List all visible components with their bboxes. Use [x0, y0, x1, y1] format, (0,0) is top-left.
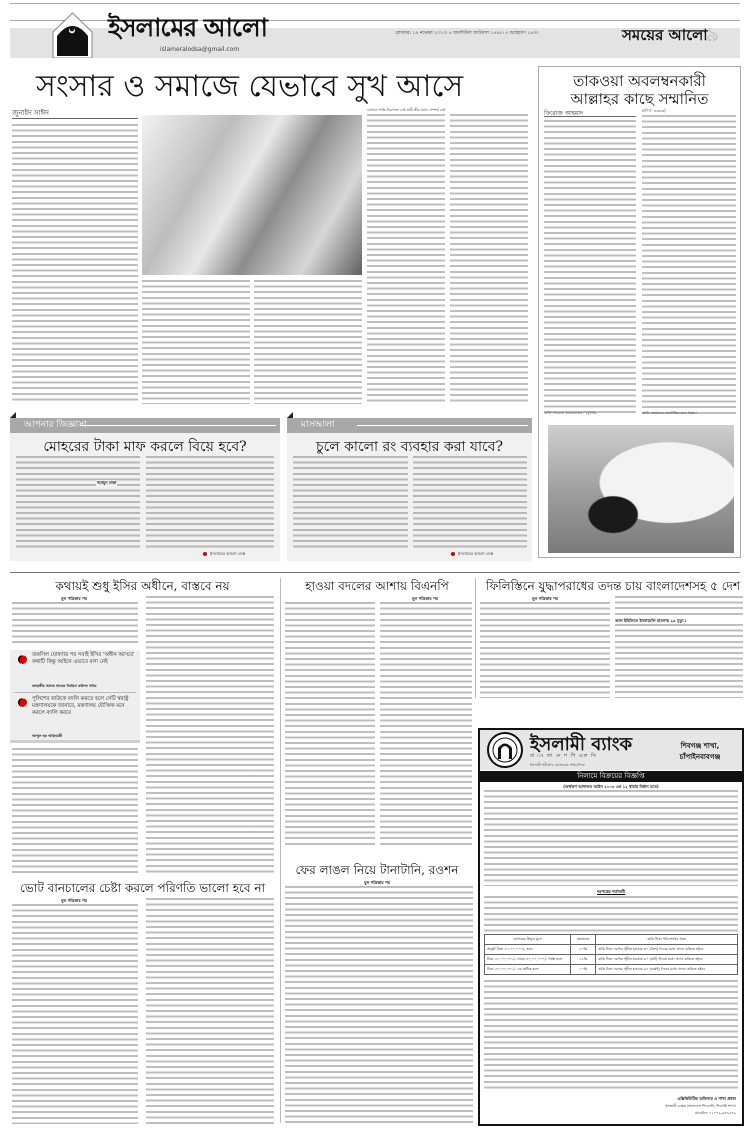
qa-body-col2	[146, 456, 274, 548]
table-header: দরপত্রের উদ্ধৃত মূল্য	[485, 935, 571, 945]
branch-line2: চাঁপাইনবাবগঞ্জ	[660, 751, 740, 763]
callout2-quote: পুলিশের কাউকে বদলি করতে হলে সেটি স্বরাষ্…	[32, 696, 136, 718]
side-quote-tail2: আমি তোমাদের অন্তর্নিহিত করে থাকব।	[642, 410, 697, 417]
article5-body	[285, 886, 473, 1124]
dateline: রোববার। ১৯ নভেম্বর ২০২৩। ৪ জমাদিউল আউয়া…	[395, 30, 539, 37]
lead-body-col1	[12, 124, 138, 404]
article3-headline: ফিলিস্তিনে যুদ্ধাপরাধের তদন্ত চায় বাংলা…	[478, 578, 748, 598]
ad-signatory-title: এক্সিকিউটিভ অফিসার ও শাখা প্রধান	[600, 1096, 736, 1103]
ad-phone: মোবাইল: ০১৭০৯-৬৪৭৫৭৯	[600, 1110, 736, 1117]
article5-headline: ফের লাঙল নিয়ে টানাটানি, রওশন	[282, 862, 472, 882]
ad-body-text	[484, 790, 738, 886]
mosque-dome-icon	[50, 10, 95, 58]
qa-section-label: আপনার জিজ্ঞাসা	[10, 418, 280, 433]
masala-section-label: মাসআলা	[287, 418, 532, 433]
bank-logo-icon	[486, 731, 524, 769]
article1-headline: কথায়ই শুধু ইসির অধীনে, বাস্তবে নয়	[10, 578, 275, 598]
column-rule	[475, 578, 476, 698]
masala-body-col2	[413, 456, 527, 548]
table-row: টাকা ২০,০০,০০১/- থেকে ৫০,০০,০০০/- পর্যন্…	[485, 955, 738, 965]
callout-bottom-bar	[10, 740, 140, 743]
qa-asker: হুমায়ুন ঢাকা	[96, 480, 117, 487]
paper-name: সময়ের আলো	[622, 24, 708, 49]
article1-body-col1a	[12, 602, 138, 646]
top-rule	[10, 3, 740, 4]
side-ref: হাদিস: ৩৩৯৩)	[642, 108, 666, 115]
ad-signatory-org: ইসলামী ব্যাংক বাংলাদেশ পিএলসি, শিবগঞ্জ শ…	[560, 1103, 736, 1110]
auction-deposit-table: দরপত্রের উদ্ধৃত মূল্য জামানত বাকি টাকা প…	[484, 934, 738, 975]
page-number: ৯	[706, 20, 719, 53]
callout1-quote: তফসিল ঘোষণার পর সবাই ইসির ‘অধীন আসবে’ কথ…	[32, 652, 136, 666]
apple-bullet-icon	[203, 552, 207, 556]
article3-body-col2b	[615, 624, 743, 698]
article4-headline: ভোট বানচালের চেষ্টা করলে পরিণতি ভালো হবে…	[10, 880, 275, 900]
side-body-col2	[642, 115, 736, 416]
bank-subtitle: বা ং লা দে শ পি এল সি	[530, 753, 597, 761]
article2-body-col1	[285, 602, 375, 848]
ad-terms-3-11	[484, 980, 738, 1092]
apple-bullet-icon	[451, 552, 455, 556]
callout1-attribution: জাহাঙ্গীর আলম সাবেক নির্বাচন কমিশন সচিব	[32, 683, 136, 690]
family-meal-photo	[142, 115, 362, 275]
ad-terms-1-2	[484, 896, 738, 932]
lead-body-col5	[450, 114, 528, 404]
side-body-col1	[544, 120, 636, 416]
callout2-attribution: আব্দুল হক আইনমন্ত্রী	[32, 733, 136, 740]
article2-headline: হাওয়া বদলের আশায় বিএনপি	[282, 578, 472, 598]
article4-body-col2	[146, 898, 274, 1124]
article4-body-col1	[12, 904, 138, 1124]
masala-credit: ইসলামের আলো ডেস্ক	[458, 551, 493, 558]
lead-body-col2	[142, 280, 250, 404]
side-quote-tail: ব্যক্তি সবচেয়ে তাকওয়াবান।’ (বুখারি,	[544, 410, 597, 417]
section-email: islameralodsa@gmail.com	[160, 46, 239, 53]
table-row: টাকা ৫০,০০,০০১/- এর অধিক হলে ১০% বাকি টা…	[485, 965, 738, 975]
ad-title: নিলামে বিক্রয়ের বিজ্ঞপ্তি	[480, 771, 742, 782]
table-row: অনূর্ধ্ব টাকা ২০,০০,০০০/- হলে ২০% বাকি ট…	[485, 945, 738, 955]
bank-tagline: ইসলামী শরীআহ মোতাবেক পরিচালিত	[530, 762, 585, 769]
byline-rule	[12, 118, 138, 119]
article3-body-col1	[480, 602, 610, 698]
table-header: জামানত	[571, 935, 596, 945]
section-title: ইসলামের আলো	[108, 8, 267, 51]
article1-body-col1b	[12, 748, 138, 876]
apple-bullet-icon	[18, 655, 27, 664]
article1-body-col2	[146, 596, 274, 876]
side-byline: ফিরোজ আহমাদ	[544, 108, 583, 119]
lead-body-col3	[254, 280, 362, 404]
column-rule	[280, 578, 281, 1123]
qa-body-col1	[16, 456, 140, 548]
lead-continued: যেখানে শান্তি-নিরাপত্তা নেই স্বামী-স্ত্র…	[367, 107, 527, 114]
masala-body-col1	[293, 456, 408, 548]
section-divider	[10, 572, 740, 573]
lead-headline: সংসার ও সমাজে যেভাবে সুখ আসে	[36, 62, 463, 113]
side-byline-rule	[544, 116, 636, 117]
qa-credit: ইসলামের আলো ডেস্ক	[210, 551, 245, 558]
table-header: বাকি টাকা পরিশোধের সময়	[596, 935, 738, 945]
ad-terms-heading: দরপত্রের শর্তাবলী	[480, 889, 742, 896]
article2-body-col2	[380, 602, 472, 848]
article3-body-col2a	[615, 596, 743, 616]
prostration-prayer-photo	[548, 425, 734, 553]
lead-body-col4	[367, 114, 445, 404]
apple-bullet-icon	[18, 698, 27, 707]
callout-divider	[14, 692, 136, 693]
